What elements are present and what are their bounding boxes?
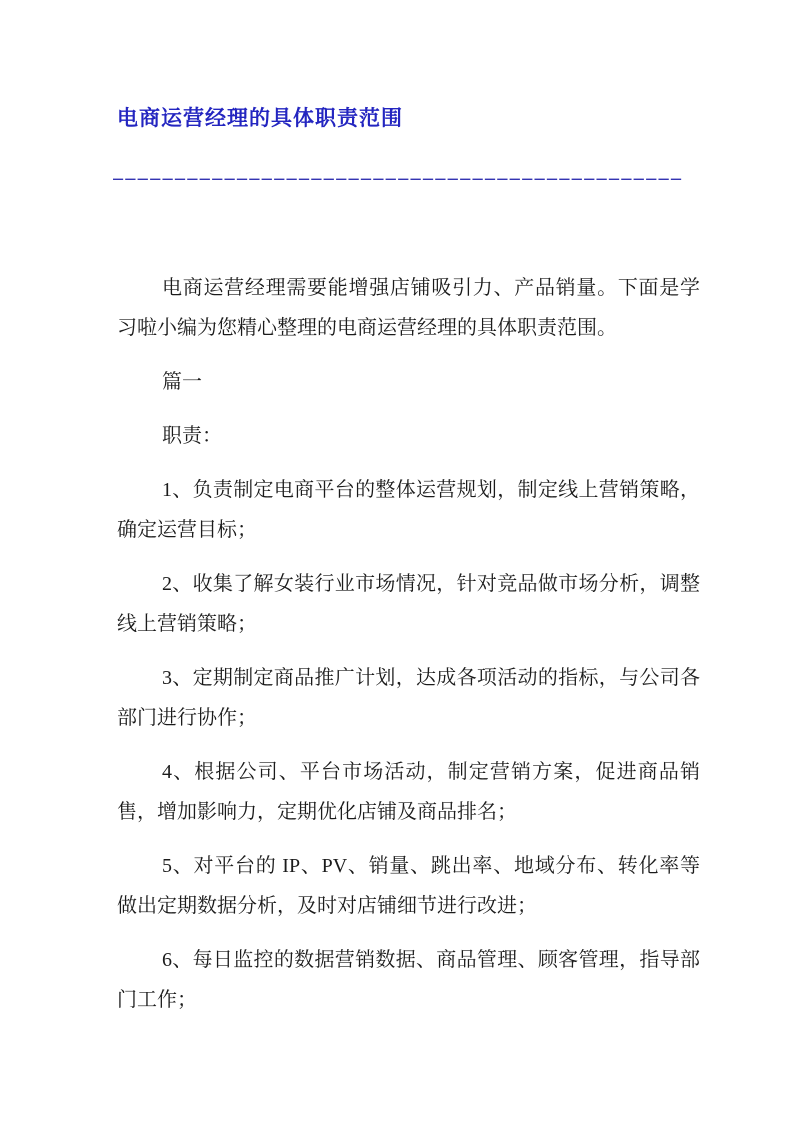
document-body: 电商运营经理需要能增强店铺吸引力、产品销量。下面是学习啦小编为您精心整理的电商运… xyxy=(117,268,700,1020)
section-heading: 篇一 xyxy=(117,362,700,402)
duty-item-5: 5、对平台的 IP、PV、销量、跳出率、地域分布、转化率等做出定期数据分析，及时… xyxy=(117,846,700,926)
page-title: 电商运营经理的具体职责范围 xyxy=(117,104,700,134)
duty-item-2: 2、收集了解女装行业市场情况，针对竞品做市场分析，调整线上营销策略； xyxy=(117,564,700,644)
duty-item-4: 4、根据公司、平台市场活动，制定营销方案，促进商品销售，增加影响力，定期优化店铺… xyxy=(117,752,700,832)
title-divider-line: ________________________________________… xyxy=(113,160,700,182)
duty-item-3: 3、定期制定商品推广计划，达成各项活动的指标，与公司各部门进行协作； xyxy=(117,658,700,738)
duty-item-6: 6、每日监控的数据营销数据、商品管理、顾客管理，指导部门工作； xyxy=(117,940,700,1020)
duty-item-1: 1、负责制定电商平台的整体运营规划，制定线上营销策略，确定运营目标； xyxy=(117,470,700,550)
duties-label: 职责： xyxy=(117,416,700,456)
document-page: 电商运营经理的具体职责范围 __________________________… xyxy=(0,0,800,1132)
intro-paragraph: 电商运营经理需要能增强店铺吸引力、产品销量。下面是学习啦小编为您精心整理的电商运… xyxy=(117,268,700,348)
